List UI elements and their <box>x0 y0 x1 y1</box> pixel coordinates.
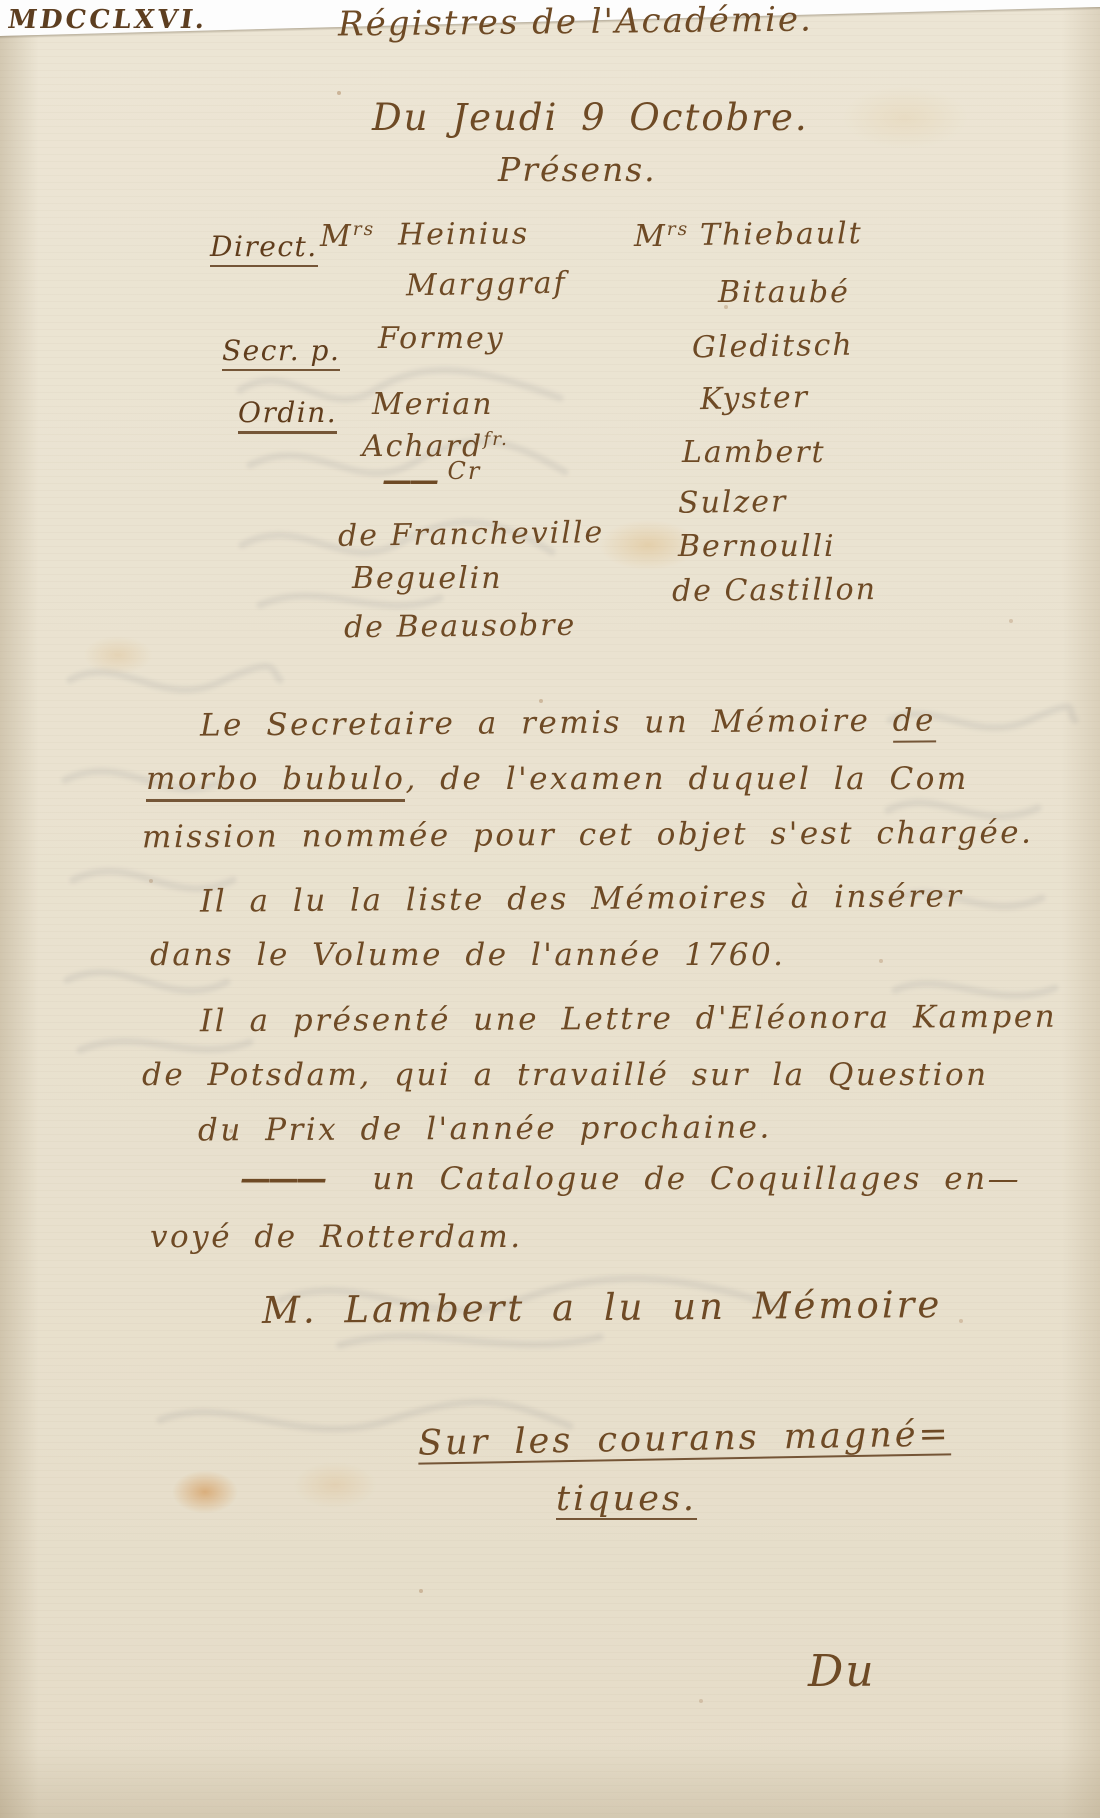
role-label-ordinary: Ordin. <box>238 398 337 429</box>
attendance-heading: Présens. <box>498 152 657 188</box>
honorific-main: M <box>634 219 667 254</box>
attendee-name: Marggraf <box>406 267 567 303</box>
paper-speckles <box>0 0 2 2</box>
attendee-name: Thiebault <box>700 217 863 252</box>
attendee-name: Bernoulli <box>678 530 836 563</box>
memoir-title-latin: morbo bubulo <box>146 761 405 802</box>
ditto-dash: ——— <box>240 1161 324 1197</box>
memoir-line1-underlined: de <box>893 702 936 742</box>
minutes-lambert-line: M. Lambert a lu un Mémoire <box>262 1285 943 1332</box>
attendee-name: Kyster <box>700 381 810 416</box>
memoir-line1-text: Le Secretaire a remis un Mémoire <box>200 703 871 744</box>
attendee-name: Merian <box>372 388 494 421</box>
year-marginal: MDCCLXVI. <box>6 6 210 35</box>
catchword: Du <box>808 1648 876 1696</box>
attendee-name: Heinius <box>398 217 529 251</box>
role-label-secretary: Secr. p. <box>222 336 340 367</box>
honorific-sup: rs <box>667 219 689 240</box>
role-secretary-text: Secr. p. <box>222 334 340 371</box>
minutes-catalogue-line2: voyé de Rotterdam. <box>150 1220 523 1254</box>
minutes-memoir-line3: mission nommée pour cet objet s'est char… <box>142 816 1034 855</box>
attendee-name: Sulzer <box>678 485 788 520</box>
attendee-name: de Beausobre <box>344 609 577 644</box>
achard-frere-mark: fr. <box>483 429 509 450</box>
role-ordinary-text: Ordin. <box>238 396 337 434</box>
catalogue-line1-text: un Catalogue de Coquillages en— <box>372 1161 1021 1197</box>
session-date-heading: Du Jeudi 9 Octobre. <box>372 98 809 139</box>
manuscript-scan: MDCCLXVI. Régistres de l'Académie. Du Je… <box>0 0 1100 1818</box>
minutes-catalogue-line1: ——— un Catalogue de Coquillages en— <box>240 1162 1021 1196</box>
attendee-name: Beguelin <box>352 562 503 595</box>
honorific-left: Mrs <box>320 220 375 253</box>
role-label-director: Direct. <box>210 232 318 263</box>
memoir-title-line2: tiques. <box>556 1480 697 1519</box>
minutes-list-line1: Il a lu la liste des Mémoires à insérer <box>200 879 964 918</box>
attendee-name: Bitaubé <box>718 276 850 309</box>
role-director-text: Direct. <box>210 230 318 267</box>
junior-mark: Cr <box>448 457 482 485</box>
honorific-main: M <box>320 219 353 254</box>
attendee-name: Formey <box>378 322 505 355</box>
minutes-memoir-line1: Le Secretaire a remis un Mémoire de <box>200 703 936 742</box>
minutes-letter-line1: Il a présenté une Lettre d'Eléonora Kamp… <box>200 1000 1057 1039</box>
honorific-right: Mrs <box>634 220 689 253</box>
memoir-line2-text: , de l'examen duquel la Com <box>405 761 968 797</box>
junior-dash: —— <box>382 463 436 498</box>
minutes-letter-line3: du Prix de l'année prochaine. <box>198 1110 772 1147</box>
minutes-list-line2: dans le Volume de l'année 1760. <box>150 938 786 972</box>
attendee-name: de Francheville <box>338 516 605 553</box>
attendee-name: de Castillon <box>672 573 877 608</box>
minutes-memoir-line2: morbo bubulo, de l'examen duquel la Com <box>146 762 969 796</box>
attendee-name: Lambert <box>682 436 826 469</box>
honorific-sup: rs <box>353 219 375 240</box>
attendee-name: Gleditsch <box>692 329 854 365</box>
minutes-letter-line2: de Potsdam, qui a travaillé sur la Quest… <box>142 1058 989 1092</box>
attendee-achard-junior: —— Cr <box>382 458 481 497</box>
register-title: Régistres de l'Académie. <box>338 2 813 44</box>
